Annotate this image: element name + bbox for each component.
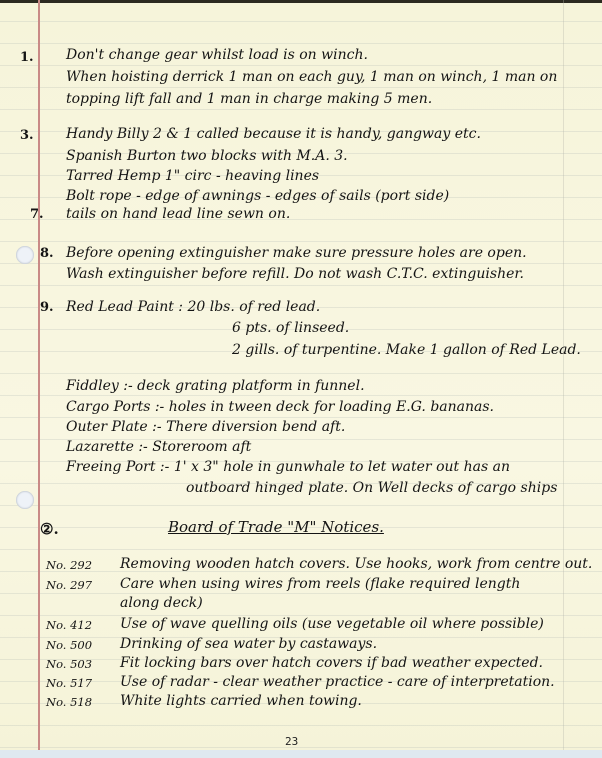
definition-text: Storeroom aft <box>152 439 251 455</box>
definition-text: holes in tween deck for loading E.G. ban… <box>169 399 494 415</box>
section-marker: 9. <box>40 300 54 316</box>
definition-term: Freeing Port :- <box>66 459 169 475</box>
definition-text: deck grating platform in funnel. <box>137 378 364 394</box>
section-marker: ②. <box>40 521 59 537</box>
notice-number: No. 500 <box>46 637 92 653</box>
notice-text: Care when using wires from reels (flake … <box>120 576 520 592</box>
notice-continuation: along deck) <box>120 595 203 611</box>
notices-heading: Board of Trade "M" Notices. <box>168 519 384 535</box>
notice-number: No. 518 <box>46 694 92 710</box>
notice-text: Drinking of sea water by castaways. <box>120 636 377 652</box>
page-top-edge <box>0 0 602 3</box>
page-fold-line <box>563 0 564 758</box>
notice-number: No. 297 <box>46 577 92 593</box>
definition-line: Fiddley :- deck grating platform in funn… <box>66 378 365 394</box>
definition-line: Outer Plate :- There diversion bend aft. <box>66 419 345 435</box>
notebook-page: 1. Don't change gear whilst load is on w… <box>0 0 602 758</box>
note-line: Handy Billy 2 & 1 called because it is h… <box>66 126 481 142</box>
notice-number: No. 292 <box>46 557 92 573</box>
definition-text: There diversion bend aft. <box>166 419 345 435</box>
section-marker: 3. <box>20 128 34 144</box>
note-line: Tarred Hemp 1" circ - heaving lines <box>66 168 319 184</box>
definition-term: Fiddley :- <box>66 378 133 394</box>
note-line: Red Lead Paint : 20 lbs. of red lead. <box>66 299 320 315</box>
note-line: Bolt rope - edge of awnings - edges of s… <box>66 188 449 204</box>
note-line: Wash extinguisher before refill. Do not … <box>66 266 524 282</box>
note-line: 2 gills. of turpentine. Make 1 gallon of… <box>232 342 581 358</box>
notice-text: Use of wave quelling oils (use vegetable… <box>120 616 544 632</box>
margin-line <box>38 0 40 758</box>
definition-line: Freeing Port :- 1' x 3" hole in gunwhale… <box>66 459 510 475</box>
note-line: tails on hand lead line sewn on. <box>66 206 290 222</box>
definition-line: Cargo Ports :- holes in tween deck for l… <box>66 399 494 415</box>
notice-number: No. 517 <box>46 675 92 691</box>
notice-text: White lights carried when towing. <box>120 693 362 709</box>
definition-text: 1' x 3" hole in gunwhale to let water ou… <box>174 459 510 475</box>
notice-number: No. 412 <box>46 617 92 633</box>
notice-text: Use of radar - clear weather practice - … <box>120 674 555 690</box>
note-line: When hoisting derrick 1 man on each guy,… <box>66 69 557 85</box>
definition-continuation: outboard hinged plate. On Well decks of … <box>186 480 557 496</box>
notice-number: No. 503 <box>46 656 92 672</box>
section-marker: 7. <box>30 207 44 223</box>
note-line: topping lift fall and 1 man in charge ma… <box>66 91 432 107</box>
note-line: Spanish Burton two blocks with M.A. 3. <box>66 148 348 164</box>
definition-term: Lazarette :- <box>66 439 148 455</box>
section-marker: 1. <box>20 50 34 66</box>
page-bottom-edge <box>0 750 602 758</box>
punch-hole-icon <box>16 491 34 509</box>
note-line: Don't change gear whilst load is on winc… <box>66 47 368 63</box>
definition-term: Outer Plate :- <box>66 419 162 435</box>
definition-term: Cargo Ports :- <box>66 399 164 415</box>
definition-line: Lazarette :- Storeroom aft <box>66 439 251 455</box>
notice-text: Removing wooden hatch covers. Use hooks,… <box>120 556 592 572</box>
section-marker: 8. <box>40 246 54 262</box>
page-number: 23 <box>285 735 298 748</box>
punch-hole-icon <box>16 246 34 264</box>
note-line: Before opening extinguisher make sure pr… <box>66 245 527 261</box>
notice-text: Fit locking bars over hatch covers if ba… <box>120 655 543 671</box>
note-line: 6 pts. of linseed. <box>232 320 349 336</box>
